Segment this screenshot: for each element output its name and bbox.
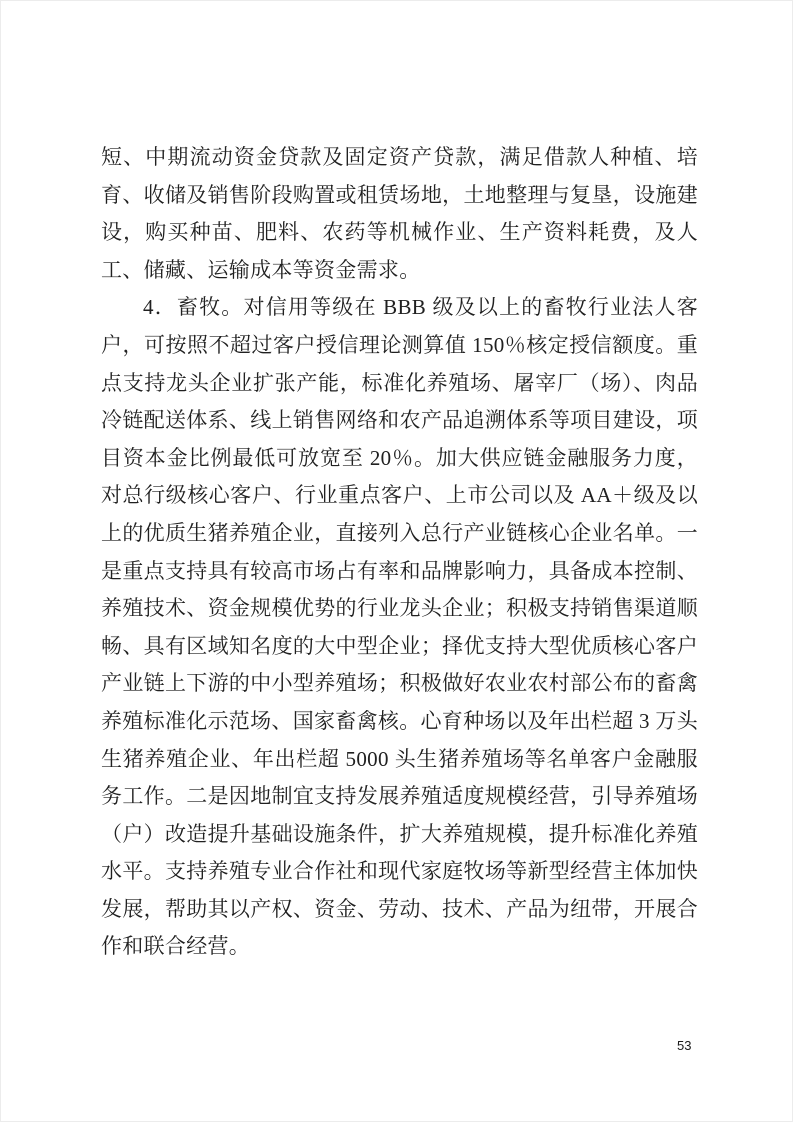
paragraph-continuation: 短、中期流动资金贷款及固定资产贷款，满足借款人种植、培育、收储及销售阶段购置或租…: [101, 139, 698, 289]
text-block: 短、中期流动资金贷款及固定资产贷款，满足借款人种植、培育、收储及销售阶段购置或租…: [101, 139, 698, 966]
document-page: 短、中期流动资金贷款及固定资产贷款，满足借款人种植、培育、收储及销售阶段购置或租…: [0, 0, 793, 1122]
page-number: 53: [677, 1038, 691, 1053]
paragraph-item-4-livestock: 4．畜牧。对信用等级在 BBB 级及以上的畜牧行业法人客户，可按照不超过客户授信…: [101, 289, 698, 966]
